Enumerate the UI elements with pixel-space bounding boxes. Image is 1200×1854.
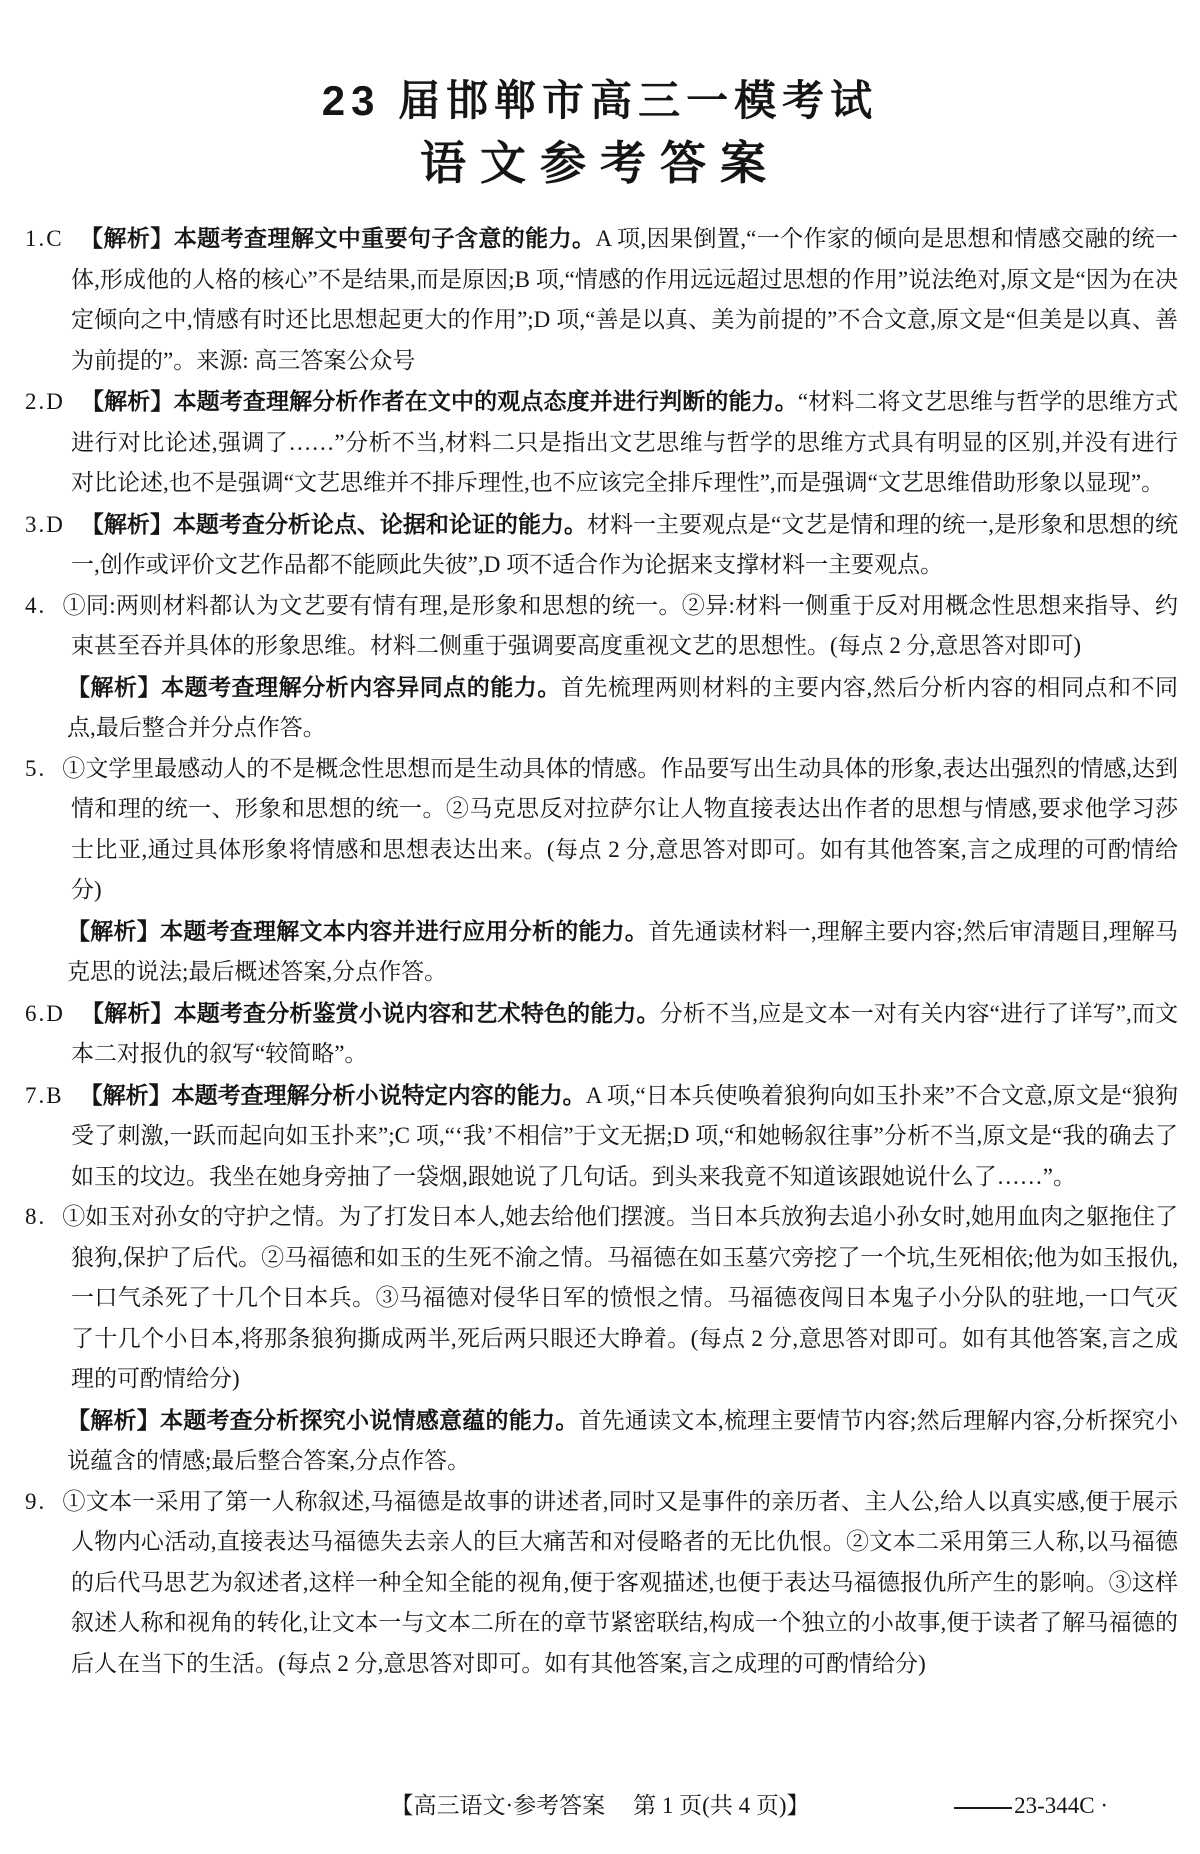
answer-item-3: 3.D【解析】本题考查分析论点、论据和论证的能力。材料一主要观点是“文艺是情和理… [71, 504, 1178, 586]
analysis-heading: 【解析】本题考查分析探究小说情感意蕴的能力。 [67, 1407, 578, 1433]
analysis-heading: 【解析】本题考查理解分析内容异同点的能力。 [67, 674, 561, 700]
answer-sheet-page: 23 届邯郸市高三一模考试 语文参考答案 1.C【解析】本题考查理解文中重要句子… [0, 0, 1200, 1854]
analysis-heading: 【解析】本题考查理解文本内容并进行应用分析的能力。 [67, 918, 648, 944]
answer-text: ①如玉对孙女的守护之情。为了打发日本人,她去给他们摆渡。当日本兵放狗去追小孙女时… [62, 1204, 1178, 1391]
answer-number: 9. [25, 1489, 46, 1514]
footer-page-number: 第 1 页(共 4 页)】 [633, 1793, 809, 1818]
footer-rule [954, 1807, 1012, 1809]
footer-doc-label: 【高三语文·参考答案 [391, 1793, 606, 1818]
answer-analysis-8: 【解析】本题考查分析探究小说情感意蕴的能力。首先通读文本,梳理主要情节内容;然后… [67, 1400, 1178, 1482]
answer-number: 8. [25, 1204, 46, 1229]
answer-analysis-4: 【解析】本题考查理解分析内容异同点的能力。首先梳理两则材料的主要内容,然后分析内… [67, 667, 1178, 749]
answer-item-5: 5.①文学里最感动人的不是概念性思想而是生动具体的情感。作品要写出生动具体的形象… [71, 749, 1178, 911]
answer-item-7: 7.B【解析】本题考查理解分析小说特定内容的能力。A 项,“日本兵使唤着狼狗向如… [71, 1075, 1178, 1198]
answers-list: 1.C【解析】本题考查理解文中重要句子含意的能力。A 项,因果倒置,“一个作家的… [25, 218, 1178, 1684]
paper-code: 23-344C · [954, 1790, 1108, 1822]
answer-item-4: 4.①同:两则材料都认为文艺要有情有理,是形象和思想的统一。②异:材料一侧重于反… [71, 586, 1178, 667]
answer-item-1: 1.C【解析】本题考查理解文中重要句子含意的能力。A 项,因果倒置,“一个作家的… [71, 218, 1178, 381]
subject-title: 语文参考答案 [0, 126, 1200, 190]
answer-number: 1.C [25, 226, 64, 251]
analysis-heading: 【解析】本题考查理解分析作者在文中的观点态度并进行判断的能力。 [81, 388, 798, 414]
answer-number: 5. [25, 756, 46, 781]
answer-item-9: 9.①文本一采用了第一人称叙述,马福德是故事的讲述者,同时又是事件的亲历者、主人… [71, 1482, 1178, 1685]
answer-analysis-5: 【解析】本题考查理解文本内容并进行应用分析的能力。首先通读材料一,理解主要内容;… [67, 911, 1178, 993]
paper-code-label: 23-344C · [1014, 1793, 1108, 1818]
answer-number: 3.D [25, 512, 65, 537]
answer-number: 7.B [25, 1083, 64, 1108]
analysis-heading: 【解析】本题考查理解分析小说特定内容的能力。 [80, 1082, 586, 1108]
answer-item-6: 6.D【解析】本题考查分析鉴赏小说内容和艺术特色的能力。分析不当,应是文本一对有… [71, 993, 1178, 1075]
analysis-heading: 【解析】本题考查分析论点、论据和论证的能力。 [81, 511, 587, 537]
answer-text: ①同:两则材料都认为文艺要有情有理,是形象和思想的统一。②异:材料一侧重于反对用… [62, 593, 1178, 659]
answer-item-2: 2.D【解析】本题考查理解分析作者在文中的观点态度并进行判断的能力。“材料二将文… [71, 381, 1178, 504]
answer-number: 4. [25, 593, 46, 618]
answer-text: ①文学里最感动人的不是概念性思想而是生动具体的情感。作品要写出生动具体的形象,表… [62, 756, 1178, 903]
analysis-heading: 【解析】本题考查分析鉴赏小说内容和艺术特色的能力。 [81, 1000, 660, 1026]
answer-item-8: 8.①如玉对孙女的守护之情。为了打发日本人,她去给他们摆渡。当日本兵放狗去追小孙… [71, 1197, 1178, 1400]
analysis-heading: 【解析】本题考查理解文中重要句子含意的能力。 [80, 225, 596, 251]
exam-title: 23 届邯郸市高三一模考试 [0, 0, 1200, 126]
answer-text: ①文本一采用了第一人称叙述,马福德是故事的讲述者,同时又是事件的亲历者、主人公,… [62, 1489, 1178, 1676]
answer-number: 2.D [25, 389, 65, 414]
answer-number: 6.D [25, 1001, 65, 1026]
page-footer: 【高三语文·参考答案第 1 页(共 4 页)】 23-344C · [0, 1790, 1200, 1830]
